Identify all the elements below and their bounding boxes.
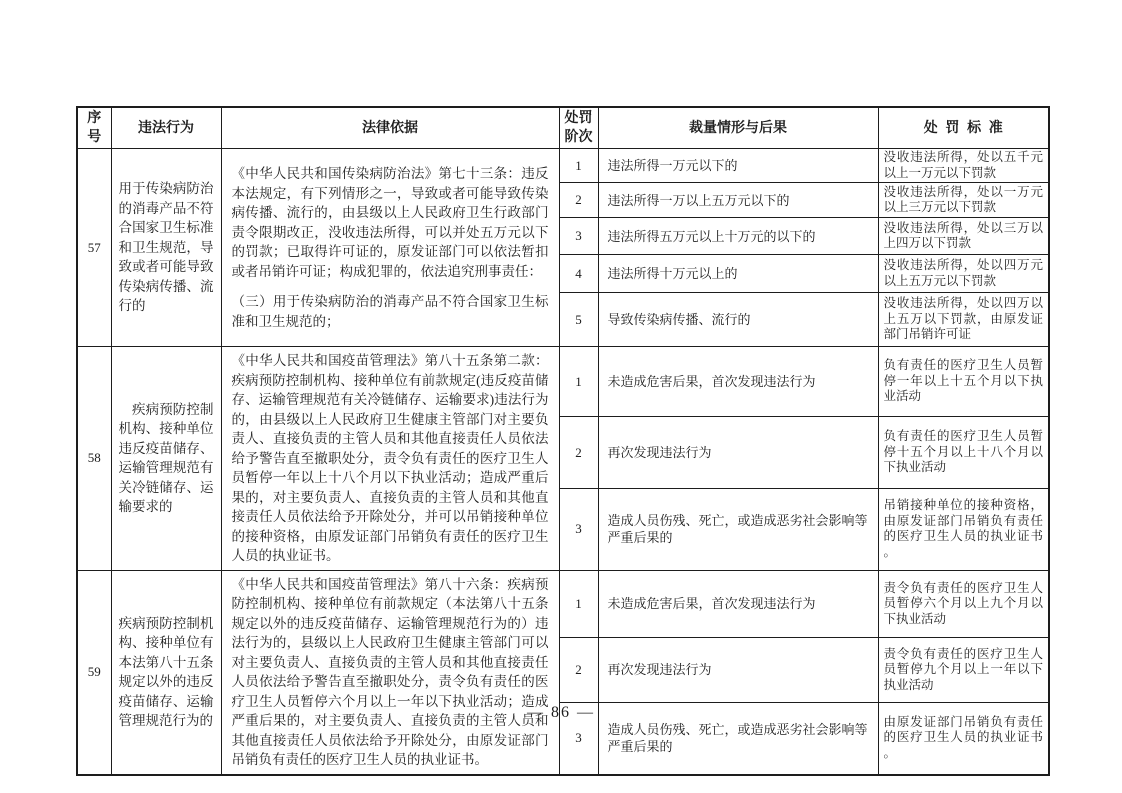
table-row: 57 用于传染病防治的消毒产品不符合国家卫生标准和卫生规范，导致或者可能导致传染…	[77, 149, 1049, 183]
penalty-standards-table: 序号 违法行为 法律依据 处罚阶次 裁量情形与后果 处罚标准 57 用于传染病防…	[76, 106, 1050, 776]
col-header-behavior: 违法行为	[111, 107, 221, 149]
violation-behavior-cell: 疾病预防控制机构、接种单位违反疫苗储存、运输管理规范有关冷链储存、运输要求的	[111, 347, 221, 571]
penalty-standard-cell: 没收违法所得，处以四万以上五万以下罚款，由原发证部门吊销许可证	[878, 293, 1049, 347]
penalty-level-cell: 2	[559, 183, 598, 218]
penalty-standard-cell: 没收违法所得，处以四万元以上五万元以下罚款	[878, 255, 1049, 293]
col-header-level-label: 处罚阶次	[562, 109, 594, 147]
legal-basis-cell: 《中华人民共和国疫苗管理法》第八十五条第二款：疾病预防控制机构、接种单位有前款规…	[221, 347, 559, 571]
penalty-level-cell: 2	[559, 638, 598, 702]
table-row: 58 疾病预防控制机构、接种单位违反疫苗储存、运输管理规范有关冷链储存、运输要求…	[77, 347, 1049, 417]
penalty-standard-cell: 责令负有责任的医疗卫生人员暂停六个月以上九个月以下执业活动	[878, 570, 1049, 638]
circumstance-cell: 导致传染病传播、流行的	[598, 293, 878, 347]
penalty-level-cell: 1	[559, 347, 598, 417]
circumstance-cell: 未造成危害后果，首次发现违法行为	[598, 347, 878, 417]
penalty-level-cell: 5	[559, 293, 598, 347]
penalty-standard-cell: 没收违法所得，处以一万元以上三万元以下罚款	[878, 183, 1049, 218]
col-header-circumstance: 裁量情形与后果	[598, 107, 878, 149]
circumstance-cell: 违法所得十万元以上的	[598, 255, 878, 293]
penalty-standard-cell: 责令负有责任的医疗卫生人员暂停九个月以上一年以下执业活动	[878, 638, 1049, 702]
penalty-standard-cell: 没收违法所得，处以五千元以上一万元以下罚款	[878, 149, 1049, 183]
circumstance-cell: 违法所得一万元以下的	[598, 149, 878, 183]
col-header-serial-label: 序号	[86, 109, 102, 147]
penalty-level-cell: 2	[559, 417, 598, 489]
legal-basis-paragraph: 《中华人民共和国传染病防治法》第七十三条：违反本法规定，有下列情形之一，导致或者…	[232, 164, 549, 281]
table-row: 59 疾病预防控制机构、接种单位有本法第八十五条规定以外的违反疫苗储存、运输管理…	[77, 570, 1049, 638]
serial-number: 58	[77, 347, 111, 571]
penalty-standard-cell: 吊销接种单位的接种资格，由原发证部门吊销负有责任的医疗卫生人员的执业证书。	[878, 488, 1049, 570]
circumstance-cell: 违法所得五万元以上十万元的以下的	[598, 218, 878, 255]
legal-basis-paragraph: 《中华人民共和国疫苗管理法》第八十六条：疾病预防控制机构、接种单位有前款规定（本…	[232, 575, 549, 770]
page-number: — 86 —	[0, 704, 1122, 722]
legal-basis-paragraph: 《中华人民共和国疫苗管理法》第八十五条第二款：疾病预防控制机构、接种单位有前款规…	[232, 351, 549, 566]
violation-behavior-cell: 疾病预防控制机构、接种单位有本法第八十五条规定以外的违反疫苗储存、运输管理规范行…	[111, 570, 221, 775]
penalty-level-cell: 4	[559, 255, 598, 293]
col-header-serial: 序号	[77, 107, 111, 149]
legal-basis-paragraph: （三）用于传染病防治的消毒产品不符合国家卫生标准和卫生规范的；	[232, 292, 549, 331]
table-header-row: 序号 违法行为 法律依据 处罚阶次 裁量情形与后果 处罚标准	[77, 107, 1049, 149]
violation-behavior-cell: 用于传染病防治的消毒产品不符合国家卫生标准和卫生规范，导致或者可能导致传染病传播…	[111, 149, 221, 347]
col-header-legal-basis: 法律依据	[221, 107, 559, 149]
penalty-standard-cell: 负有责任的医疗卫生人员暂停一年以上十五个月以下执业活动	[878, 347, 1049, 417]
penalty-level-cell: 1	[559, 149, 598, 183]
circumstance-cell: 再次发现违法行为	[598, 417, 878, 489]
penalty-level-cell: 3	[559, 218, 598, 255]
circumstance-cell: 违法所得一万以上五万元以下的	[598, 183, 878, 218]
document-page: 序号 违法行为 法律依据 处罚阶次 裁量情形与后果 处罚标准 57 用于传染病防…	[0, 0, 1122, 793]
penalty-standard-cell: 负有责任的医疗卫生人员暂停十五个月以上十八个月以下执业活动	[878, 417, 1049, 489]
serial-number: 59	[77, 570, 111, 775]
penalty-level-cell: 3	[559, 488, 598, 570]
penalty-standard-cell: 没收违法所得，处以三万以上四万以下罚款	[878, 218, 1049, 255]
legal-basis-cell: 《中华人民共和国疫苗管理法》第八十六条：疾病预防控制机构、接种单位有前款规定（本…	[221, 570, 559, 775]
legal-basis-cell: 《中华人民共和国传染病防治法》第七十三条：违反本法规定，有下列情形之一，导致或者…	[221, 149, 559, 347]
serial-number: 57	[77, 149, 111, 347]
col-header-level: 处罚阶次	[559, 107, 598, 149]
circumstance-cell: 未造成危害后果，首次发现违法行为	[598, 570, 878, 638]
circumstance-cell: 造成人员伤残、死亡，或造成恶劣社会影响等严重后果的	[598, 488, 878, 570]
col-header-penalty: 处罚标准	[878, 107, 1049, 149]
circumstance-cell: 再次发现违法行为	[598, 638, 878, 702]
penalty-level-cell: 1	[559, 570, 598, 638]
